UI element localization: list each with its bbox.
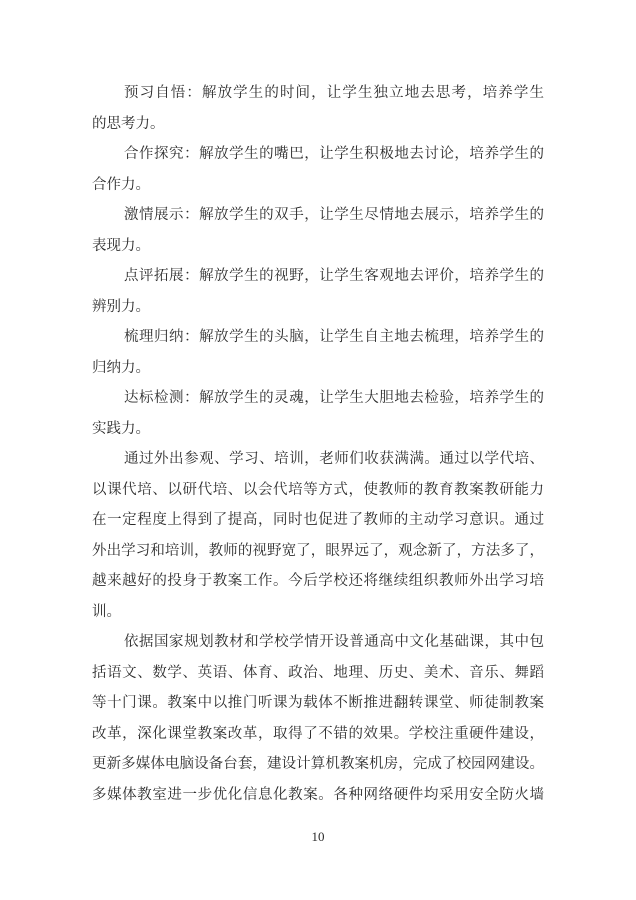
text-line: 多媒体教室进一步优化信息化教案。各种网络硬件均采用安全防火墙 [92,780,544,811]
text-line: 归纳力。 [92,353,544,384]
text-line: 在一定程度上得到了提高，同时也促进了教师的主动学习意识。通过 [92,505,544,536]
text-line: 实践力。 [92,414,544,445]
paragraph: 合作探究：解放学生的嘴巴，让学生积极地去讨论，培养学生的 合作力。 [92,139,544,200]
text-line: 等十门课。教案中以推门听课为载体不断推进翻转课堂、师徒制教案 [92,688,544,719]
text-line: 训。 [92,597,544,628]
text-line: 括语文、数学、英语、体育、政治、地理、历史、美术、音乐、舞蹈 [92,658,544,689]
text-line: 越来越好的投身于教案工作。今后学校还将继续组织教师外出学习培 [92,566,544,597]
paragraph: 预习自悟：解放学生的时间，让学生独立地去思考，培养学生 的思考力。 [92,78,544,139]
text-line: 依据国家规划教材和学校学情开设普通高中文化基础课，其中包 [92,627,544,658]
text-line: 合作力。 [92,170,544,201]
document-content: 预习自悟：解放学生的时间，让学生独立地去思考，培养学生 的思考力。 合作探究：解… [92,78,544,810]
text-line: 的思考力。 [92,109,544,140]
text-line: 表现力。 [92,231,544,262]
text-line: 梳理归纳：解放学生的头脑，让学生自主地去梳理，培养学生的 [92,322,544,353]
paragraph: 梳理归纳：解放学生的头脑，让学生自主地去梳理，培养学生的 归纳力。 [92,322,544,383]
text-line: 激情展示：解放学生的双手，让学生尽情地去展示，培养学生的 [92,200,544,231]
text-line: 辨别力。 [92,292,544,323]
text-line: 合作探究：解放学生的嘴巴，让学生积极地去讨论，培养学生的 [92,139,544,170]
text-line: 外出学习和培训，教师的视野宽了，眼界远了，观念新了，方法多了， [92,536,544,567]
document-page: 预习自悟：解放学生的时间，让学生独立地去思考，培养学生 的思考力。 合作探究：解… [0,0,636,900]
text-line: 通过外出参观、学习、培训，老师们收获满满。通过以学代培、 [92,444,544,475]
paragraph: 通过外出参观、学习、培训，老师们收获满满。通过以学代培、 以课代培、以研代培、以… [92,444,544,627]
text-line: 以课代培、以研代培、以会代培等方式，使教师的教育教案教研能力 [92,475,544,506]
page-number: 10 [0,829,636,845]
text-line: 点评拓展：解放学生的视野，让学生客观地去评价，培养学生的 [92,261,544,292]
text-line: 更新多媒体电脑设备台套，建设计算机教案机房，完成了校园网建设。 [92,749,544,780]
text-line: 达标检测：解放学生的灵魂，让学生大胆地去检验，培养学生的 [92,383,544,414]
text-line: 预习自悟：解放学生的时间，让学生独立地去思考，培养学生 [92,78,544,109]
paragraph: 达标检测：解放学生的灵魂，让学生大胆地去检验，培养学生的 实践力。 [92,383,544,444]
paragraph: 依据国家规划教材和学校学情开设普通高中文化基础课，其中包 括语文、数学、英语、体… [92,627,544,810]
text-line: 改革，深化课堂教案改革，取得了不错的效果。学校注重硬件建设， [92,719,544,750]
paragraph: 点评拓展：解放学生的视野，让学生客观地去评价，培养学生的 辨别力。 [92,261,544,322]
paragraph: 激情展示：解放学生的双手，让学生尽情地去展示，培养学生的 表现力。 [92,200,544,261]
